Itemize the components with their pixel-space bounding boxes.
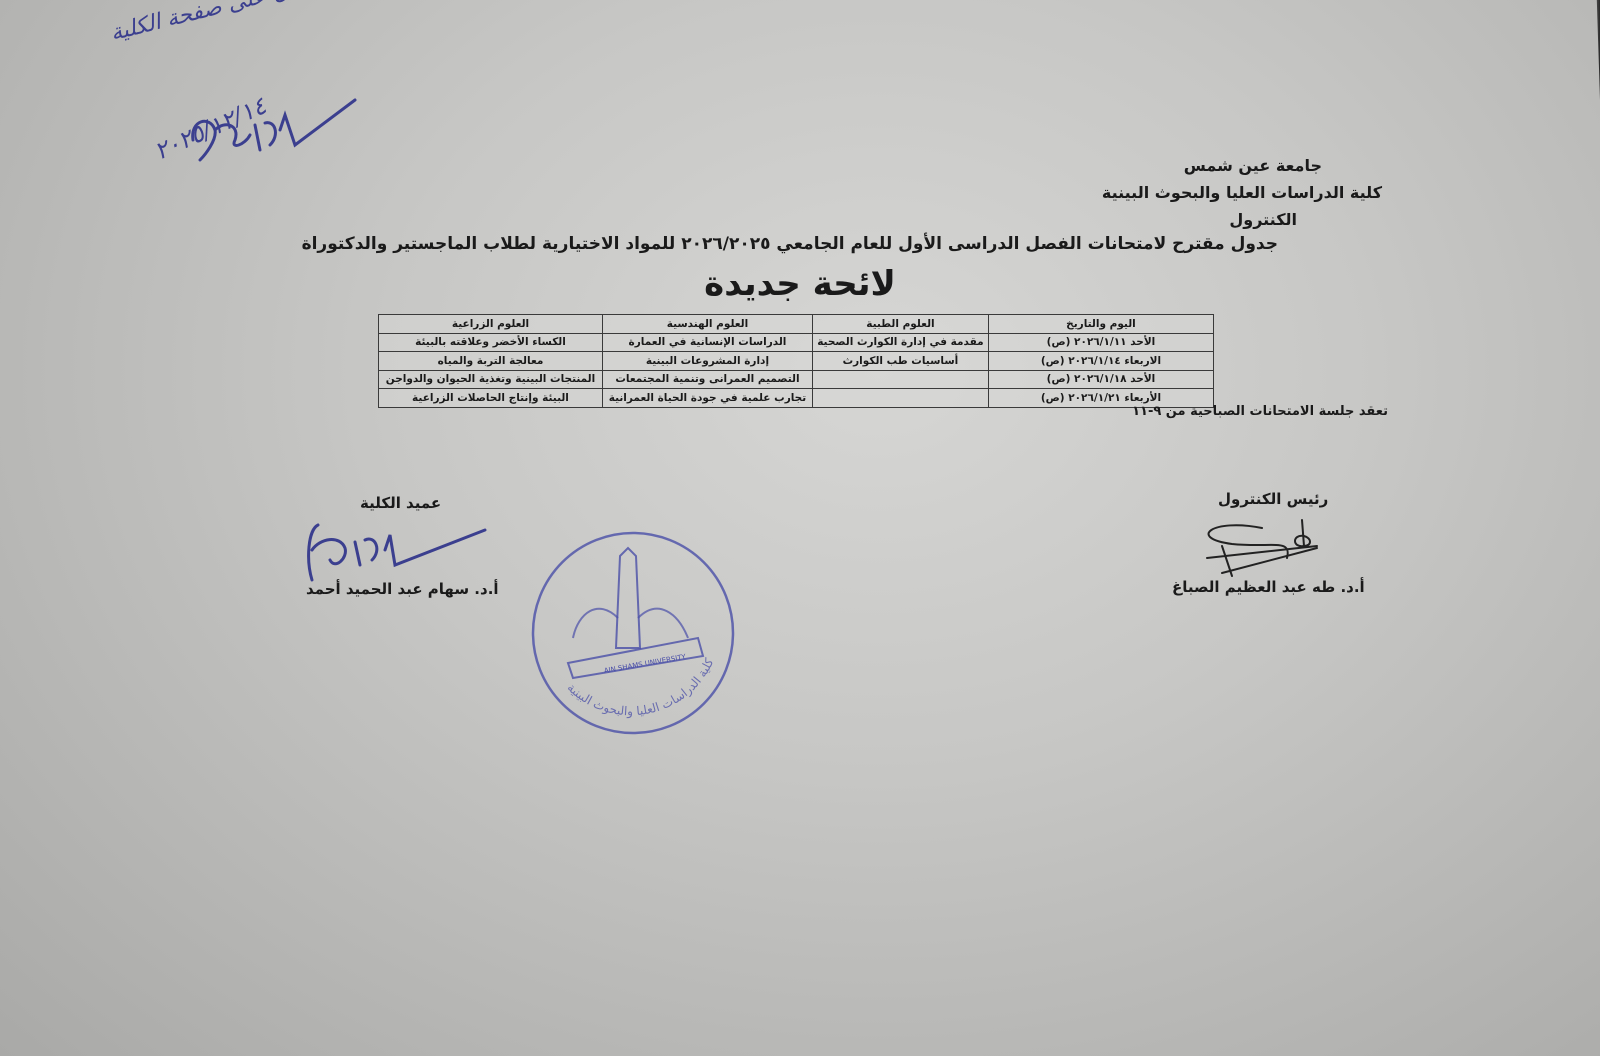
cell-date: الأحد ٢٠٢٦/١/١٨ (ص) xyxy=(988,370,1213,389)
control-head-signature-icon xyxy=(1192,518,1332,578)
cell-date: الأحد ٢٠٢٦/١/١١ (ص) xyxy=(988,333,1213,352)
svg-text:AIN SHAMS UNIVERSITY: AIN SHAMS UNIVERSITY xyxy=(603,653,687,675)
university-name: جامعة عين شمس xyxy=(1062,152,1322,179)
cell-medical: مقدمة في إدارة الكوارث الصحية xyxy=(812,333,988,352)
handwritten-annotation: للإعلان على صفحة الكلية xyxy=(108,0,336,46)
dean-title: عميد الكلية xyxy=(360,494,441,512)
cell-engineering: التصميم العمرانى وتنمية المجتمعات xyxy=(602,370,812,389)
cell-medical xyxy=(812,389,988,408)
document-title: جدول مقترح لامتحانات الفصل الدراسى الأول… xyxy=(318,234,1278,254)
cell-medical xyxy=(812,370,988,389)
cell-date: الاربعاء ٢٠٢٦/١/١٤ (ص) xyxy=(988,352,1213,371)
cell-agricultural: البيئة وإنتاج الحاصلات الزراعية xyxy=(379,389,603,408)
cell-agricultural: الكساء الأخضر وعلاقته بالبيئة xyxy=(379,333,603,352)
letterhead: جامعة عين شمس كلية الدراسات العليا والبح… xyxy=(1062,152,1382,233)
dean-signature-icon xyxy=(300,520,490,585)
dean-name: أ.د. سهام عبد الحميد أحمد xyxy=(306,580,499,598)
document-page: للإعلان على صفحة الكلية ٢٠٢٥/١٢/١٤ جامعة… xyxy=(0,0,1600,1056)
official-stamp-icon: AIN SHAMS UNIVERSITY كلية الدراسات العلي… xyxy=(528,528,738,738)
department-name: الكنترول xyxy=(1062,206,1297,233)
exam-schedule-table: اليوم والتاريخ العلوم الطبية العلوم الهن… xyxy=(378,314,1214,408)
control-head-name: أ.د. طه عبد العظيم الصباغ xyxy=(1172,578,1365,596)
regulation-heading: لائحة جديدة xyxy=(560,264,1040,304)
table-header-row: اليوم والتاريخ العلوم الطبية العلوم الهن… xyxy=(379,315,1214,334)
cell-medical: أساسيات طب الكوارث xyxy=(812,352,988,371)
page-edge-shadow xyxy=(1592,0,1600,100)
faculty-name: كلية الدراسات العليا والبحوث البينية xyxy=(1062,179,1382,206)
session-time-note: تعقد جلسة الامتحانات الصباحية من ٩-١١ xyxy=(1132,404,1388,419)
table-row: الأحد ٢٠٢٦/١/١٨ (ص) التصميم العمرانى وتن… xyxy=(379,370,1214,389)
table-row: الاربعاء ٢٠٢٦/١/١٤ (ص) أساسيات طب الكوار… xyxy=(379,352,1214,371)
cell-agricultural: معالجة التربة والمياه xyxy=(379,352,603,371)
cell-agricultural: المنتجات البينية وتغذية الحيوان والدواجن xyxy=(379,370,603,389)
cell-engineering: الدراسات الإنسانية في العمارة xyxy=(602,333,812,352)
cell-engineering: تجارب علمية في جودة الحياة العمرانية xyxy=(602,389,812,408)
header-date: اليوم والتاريخ xyxy=(988,315,1213,334)
header-medical: العلوم الطبية xyxy=(812,315,988,334)
header-agricultural: العلوم الزراعية xyxy=(379,315,603,334)
cell-engineering: إدارة المشروعات البينية xyxy=(602,352,812,371)
control-head-title: رئيس الكنترول xyxy=(1218,490,1328,508)
table-row: الأحد ٢٠٢٦/١/١١ (ص) مقدمة في إدارة الكوا… xyxy=(379,333,1214,352)
header-engineering: العلوم الهندسية xyxy=(602,315,812,334)
table-row: الأربعاء ٢٠٢٦/١/٢١ (ص) تجارب علمية في جو… xyxy=(379,389,1214,408)
